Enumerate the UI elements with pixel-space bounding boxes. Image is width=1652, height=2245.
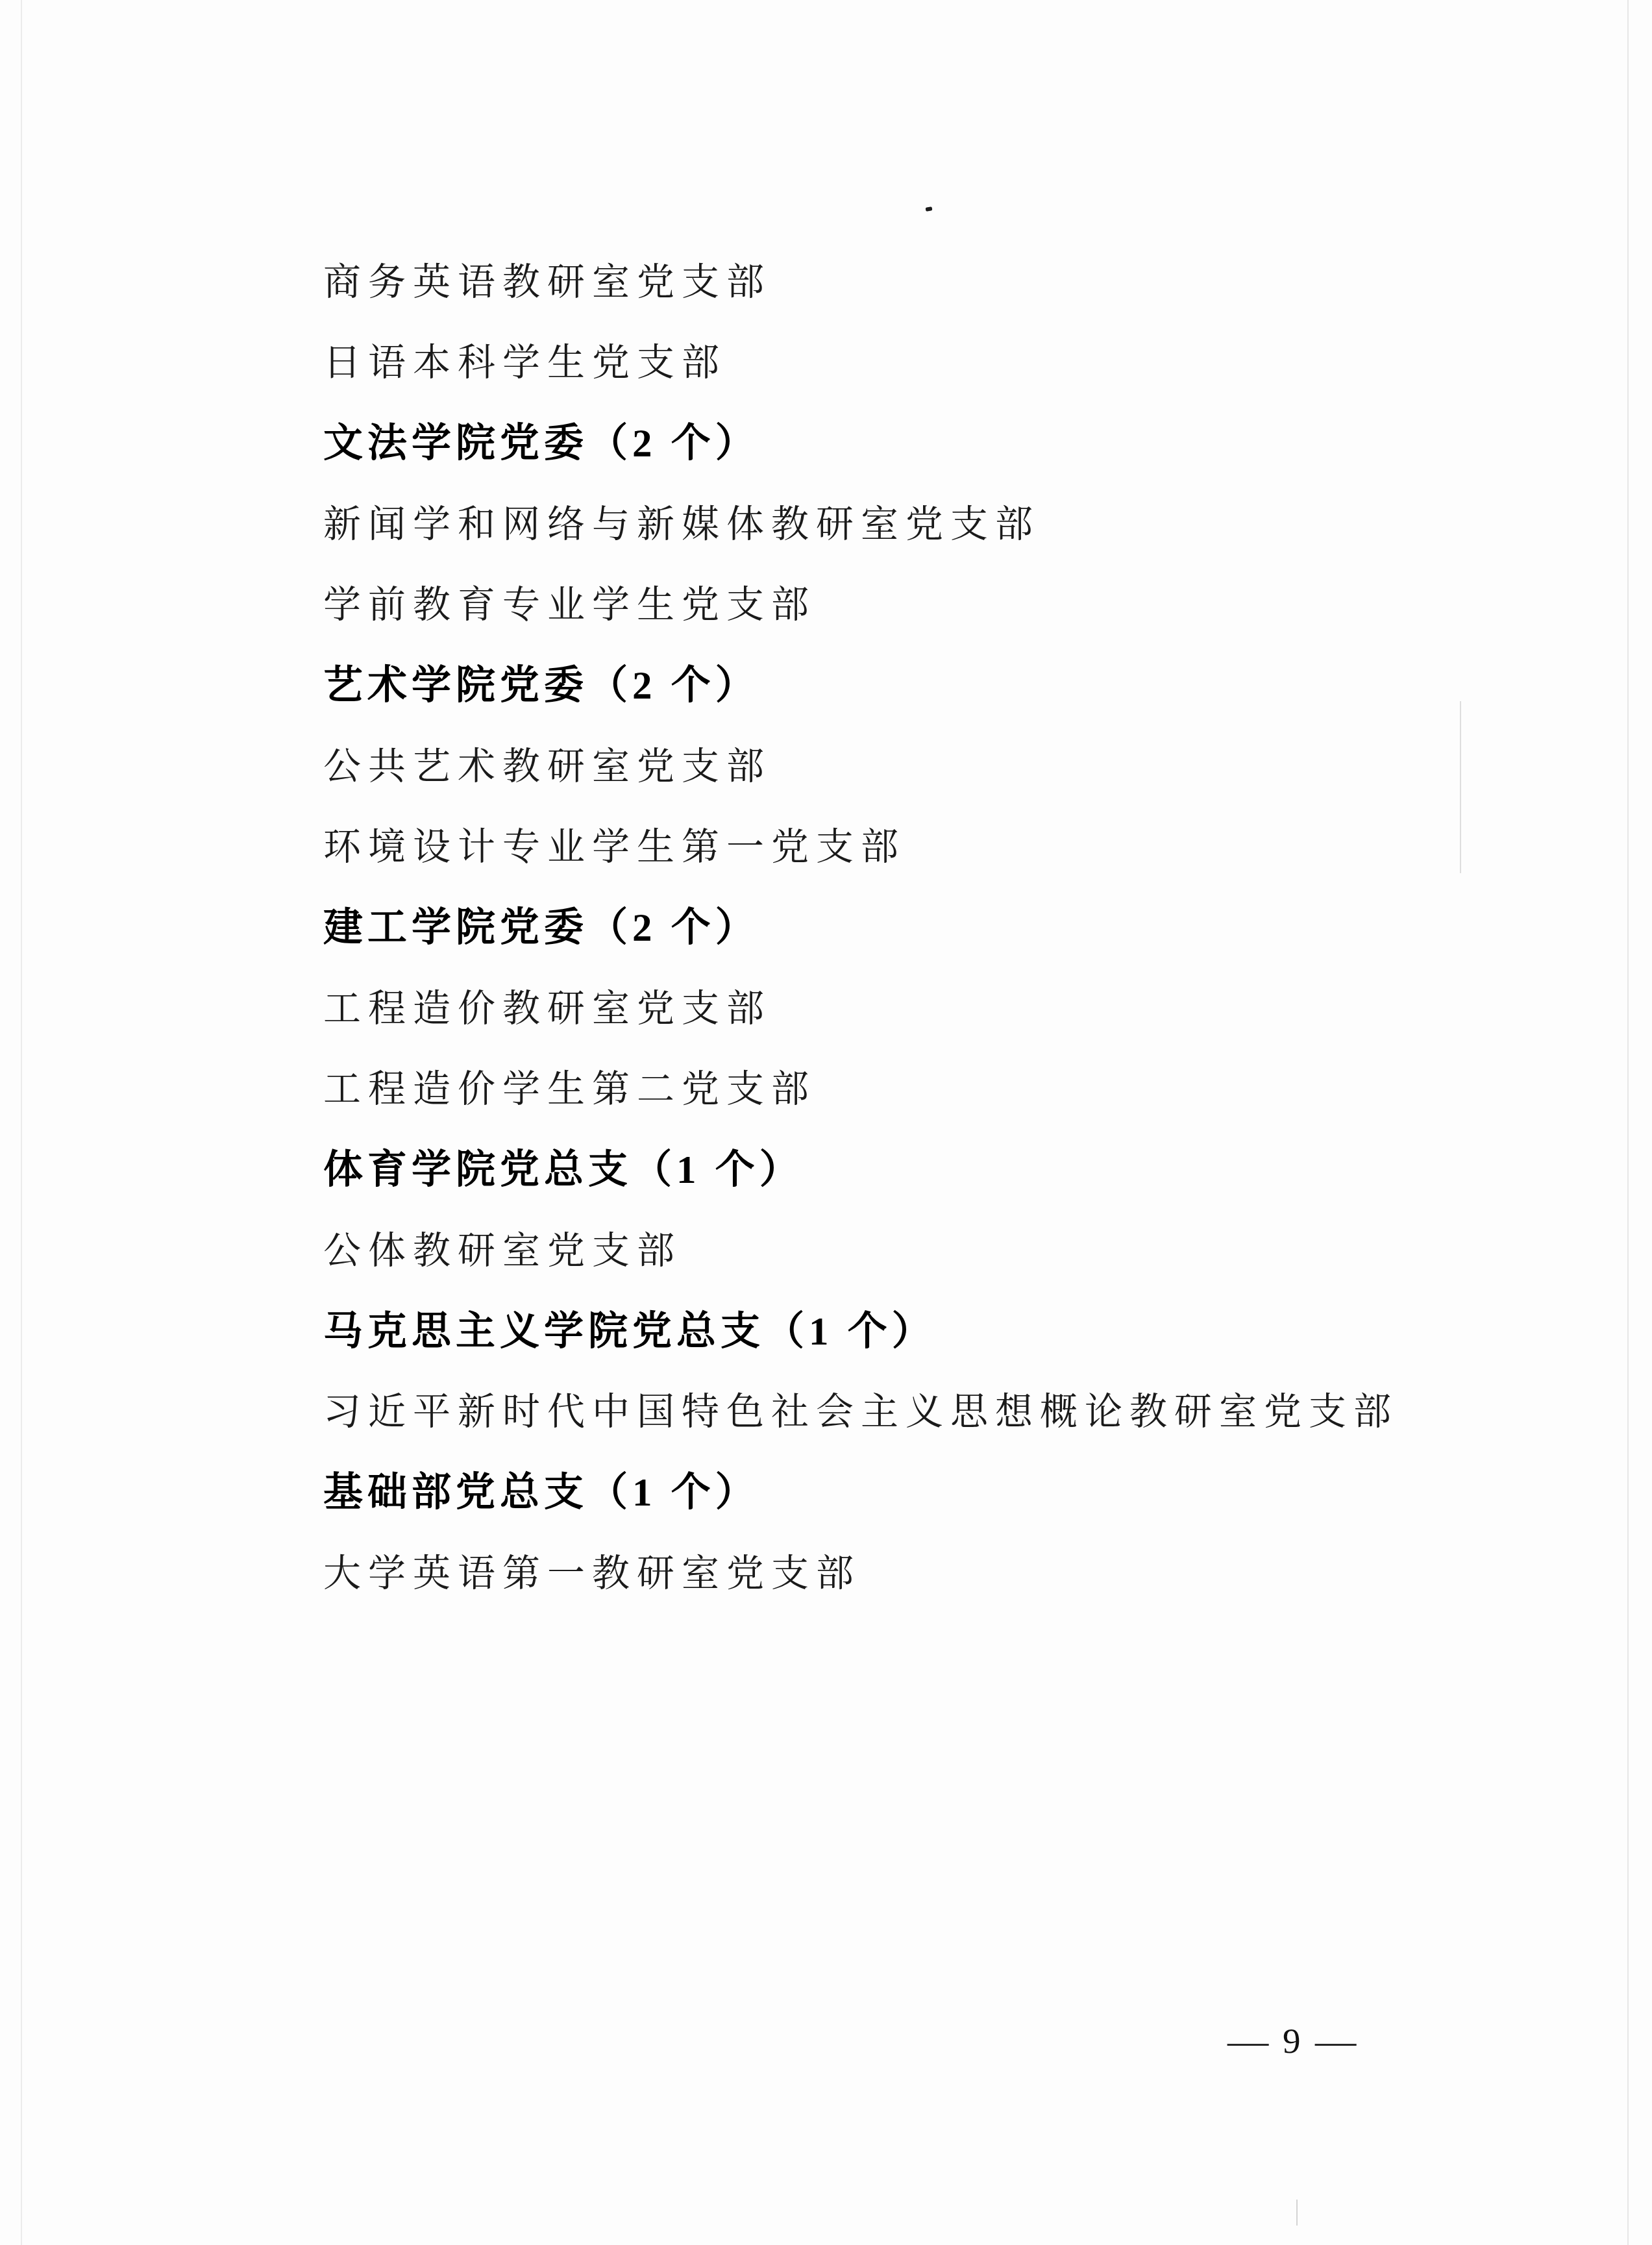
branch-item: 商务英语教研室党支部 [323, 238, 1557, 319]
party-branch-list: 商务英语教研室党支部 日语本科学生党支部 文法学院党委（2 个） 新闻学和网络与… [323, 238, 1557, 1610]
branch-item: 新闻学和网络与新媒体教研室党支部 [323, 480, 1557, 561]
committee-header: 艺术学院党委（2 个） [323, 641, 1557, 722]
branch-item: 日语本科学生党支部 [323, 319, 1557, 399]
branch-item: 习近平新时代中国特色社会主义思想概论教研室党支部 [323, 1368, 1557, 1448]
committee-header: 基础部党总支（1 个） [323, 1448, 1557, 1529]
committee-header: 马克思主义学院党总支（1 个） [323, 1287, 1557, 1368]
committee-header: 体育学院党总支（1 个） [323, 1126, 1557, 1206]
page-number-right-dash: — [1314, 2020, 1355, 2061]
branch-item: 工程造价学生第二党支部 [323, 1045, 1557, 1126]
scan-artifact-left-edge-line [21, 0, 22, 2245]
branch-item: 环境设计专业学生第一党支部 [323, 803, 1557, 884]
scan-artifact-ink-dot [926, 206, 933, 211]
document-page: 商务英语教研室党支部 日语本科学生党支部 文法学院党委（2 个） 新闻学和网络与… [0, 0, 1652, 2245]
committee-header: 文法学院党委（2 个） [323, 400, 1557, 480]
page-number-left-dash: — [1227, 2020, 1268, 2061]
branch-item: 公体教研室党支部 [323, 1207, 1557, 1287]
page-number-footer: — 9 — [1230, 2020, 1353, 2061]
page-number: 9 [1283, 2020, 1301, 2061]
branch-item: 工程造价教研室党支部 [323, 965, 1557, 1045]
branch-item: 大学英语第一教研室党支部 [323, 1530, 1557, 1610]
scan-artifact-bottom-tick [1296, 2200, 1298, 2226]
branch-item: 学前教育专业学生党支部 [323, 561, 1557, 641]
committee-header: 建工学院党委（2 个） [323, 884, 1557, 964]
branch-item: 公共艺术教研室党支部 [323, 723, 1557, 803]
scan-artifact-right-edge-line [1627, 0, 1629, 2245]
